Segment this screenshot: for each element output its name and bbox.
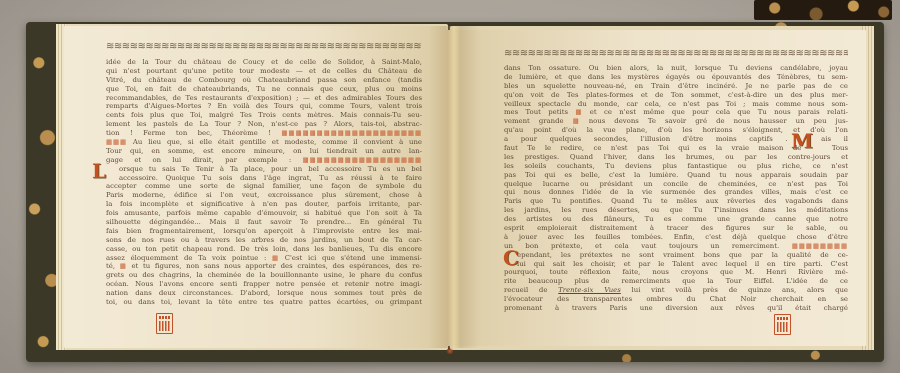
printer-seal-icon [774, 314, 791, 335]
ornament-squares-row: ▦▦▦▦▦▦▦▦▦▦▦▦▦▦▦▦▦▦▦▦ [281, 129, 422, 137]
text-segment: à jouer avec les feuilles tombées. Enfin… [504, 233, 848, 241]
text-line: recueil de Trente-six Vues lui vint voil… [504, 286, 848, 295]
text-segment: ais il [821, 135, 848, 143]
text-segment: Tour qui, en somme, est encore mineure, … [106, 147, 422, 155]
text-line: quelque lucarne ou présidant un concile … [504, 180, 848, 189]
text-segment: té, [106, 262, 120, 270]
text-line: qu'on voit de Tes plates-formes et de To… [504, 91, 848, 100]
text-line: Paris que Tu pontifies. Quand Tu te mêle… [504, 197, 848, 206]
text-line: bles un squelette nouveau-né, en Train d… [504, 82, 848, 91]
binding-mark [446, 348, 454, 354]
text-segment: a pour quelques secondes, l'illusion d'ê… [504, 135, 800, 143]
text-segment: lui qui sait les choisir, et par le Tale… [517, 260, 848, 268]
text-segment: rite beaucoup plus de remerciments que l… [504, 277, 848, 285]
text-line: rite beaucoup plus de remerciments que l… [504, 277, 848, 286]
text-segment: Tous [832, 144, 848, 152]
text-segment: grets ou des chagrins, la cheminée de la… [106, 271, 422, 279]
drop-cap-initial-L: L [92, 161, 106, 181]
initial-letter-gap [811, 149, 832, 150]
text-segment: recueil de [504, 286, 558, 294]
text-line: Paris moderne, édifice si l'on veut, exc… [106, 191, 422, 200]
text-segment: et tu figures, non sans nous apporter de… [127, 262, 422, 270]
text-segment: et ce n'est même que pour cela que Tu no… [582, 108, 848, 116]
text-segment: promenant à travers Paris une diversion … [504, 304, 848, 312]
text-line: promenant à travers Paris une diversion … [504, 304, 848, 313]
text-segment: vement grande [504, 117, 573, 125]
text-segment: la fois incomplète et significative à n'… [106, 200, 422, 208]
text-line: toi, ou dans toi, levant la tête entre t… [106, 298, 422, 307]
text-line: à jouer avec les feuilles tombées. Enfin… [504, 233, 848, 242]
text-segment: un bon prétexte, et cela vaut toujours u… [504, 242, 792, 250]
text-segment: que Toi, en fait de chateaubriands, Tu n… [106, 85, 422, 93]
text-segment: qu'on voit de Tes plates-formes et de To… [504, 91, 848, 99]
text-line: fois amusante, parfois même capable d'ém… [106, 209, 422, 218]
ornament-squares-row: ▦ [120, 262, 127, 270]
text-line: esprit emploierait distraitement à trace… [504, 224, 848, 233]
text-line: tion ! Ferme ton bec, Théorème ! ▦▦▦▦▦▦▦… [106, 129, 422, 138]
text-line: recommandables, de Tes restaurants d'exp… [106, 94, 422, 103]
text-segment: lui vint voilà près de quinze ans, alors… [621, 286, 848, 294]
text-segment: nous devons Te savoir gré de nous hausse… [580, 117, 848, 125]
text-segment: toi, ou dans toi, levant la tête entre t… [106, 298, 422, 306]
text-line: un bon prétexte, et cela vaut toujours u… [504, 242, 848, 251]
ornament-squares-row: ▦▦▦ [106, 138, 127, 146]
text-line: accessoire. Quoique Tu sois dans l'âge i… [106, 174, 422, 183]
book-cover-marbled-corner [754, 0, 892, 20]
text-line: remparts d'Aigues-Mortes ? En voilà des … [106, 102, 422, 111]
text-segment: océan. Nous l'avons encore senti frapper… [106, 280, 422, 288]
text-line: veilleux spectacle du monde, car cela, c… [504, 100, 848, 109]
text-segment: silhouette dégingandée... Mais il faut s… [106, 218, 422, 226]
text-segment: quelque lucarne ou présidant un concile … [504, 180, 848, 188]
text-segment: des artistes ou des flâneurs, Tu es comm… [504, 215, 848, 223]
text-segment: faut Te le redire, ce n'est pas Toi qui … [504, 144, 811, 152]
text-line: l'évocateur des transparentes ombres du … [504, 295, 848, 304]
text-line: qui nous donnes l'idée de la vie surmené… [504, 188, 848, 197]
right-page: ≋≋≋≋≋≋≋≋≋≋≋≋≋≋≋≋≋≋≋≋≋≋≋≋≋≋≋≋≋≋≋≋≋≋≋≋≋≋≋≋… [446, 30, 866, 346]
ornament-squares-row: ▦ [573, 117, 580, 125]
text-segment: Paris que Tu pontifies. Quand Tu te mêle… [504, 197, 848, 205]
text-segment: C'est ici que s'étend une immensi- [279, 254, 422, 262]
wave-border-ornament: ≋≋≋≋≋≋≋≋≋≋≋≋≋≋≋≋≋≋≋≋≋≋≋≋≋≋≋≋≋≋≋≋≋≋≋≋≋≋≋≋… [106, 42, 422, 54]
text-line: silhouette dégingandée... Mais il faut s… [106, 218, 422, 227]
text-line: assez éloquemment de Ta voix pointue : ▦… [106, 254, 422, 263]
text-segment: les soleils couchants, Tu deviens plus f… [504, 162, 848, 170]
text-line: lement les pastels de La Tour ? Non, n'e… [106, 120, 422, 129]
text-line: pourquoi, toute réflexion faite, nous cr… [504, 268, 848, 277]
text-segment: pas Toi qui es belle, c'est la lumière. … [504, 171, 848, 179]
text-segment: les prestiges. Quand l'hiver, dans les b… [504, 153, 848, 161]
text-line: la fois incomplète et significative à n'… [106, 200, 422, 209]
text-line: grets ou des chagrins, la cheminée de la… [106, 271, 422, 280]
text-segment: mes Tout petits [504, 108, 575, 116]
text-segment: nation dans deux circonstances. D'abord,… [106, 289, 422, 297]
underlined-title-segment: Trente-six Vues [558, 286, 621, 294]
text-line: Vitré, du château de Combourg où Chateau… [106, 76, 422, 85]
photo-background: ≋≋≋≋≋≋≋≋≋≋≋≋≋≋≋≋≋≋≋≋≋≋≋≋≋≋≋≋≋≋≋≋≋≋≋≋≋≋≋≋… [0, 0, 900, 373]
text-line: lui qui sait les choisir, et par le Tale… [504, 260, 848, 269]
text-segment: Au lieu que, si elle était gentille et m… [127, 138, 422, 146]
text-line: ▦▦▦ Au lieu que, si elle était gentille … [106, 138, 422, 147]
left-page-text: idée de la Tour du château de Coucy et d… [106, 58, 422, 307]
text-segment: tion ! Ferme ton bec, Théorème ! [106, 129, 281, 137]
text-line: Tour qui, en somme, est encore mineure, … [106, 147, 422, 156]
text-segment: orsque tu sais Te Tenir à Ta place, pour… [119, 165, 422, 173]
text-segment: recommandables, de Tes restaurants d'exp… [106, 94, 422, 102]
text-line: fais bien fragmentairement, lorsqu'on ap… [106, 227, 422, 236]
text-segment: bles un squelette nouveau-né, en Train d… [504, 82, 848, 90]
text-segment: de lumière, et que dans les mystères éga… [504, 73, 848, 81]
text-line: cents fois plus que Toi, malgré Tes Troi… [106, 111, 422, 120]
text-line: casse, ou ton petit chapeau rond. De trè… [106, 245, 422, 254]
text-line: pas Toi qui es belle, c'est la lumière. … [504, 171, 848, 180]
text-line: océan. Nous l'avons encore senti frapper… [106, 280, 422, 289]
left-page: ≋≋≋≋≋≋≋≋≋≋≋≋≋≋≋≋≋≋≋≋≋≋≋≋≋≋≋≋≋≋≋≋≋≋≋≋≋≋≋≋… [64, 26, 446, 348]
text-line: des artistes ou des flâneurs, Tu es comm… [504, 215, 848, 224]
text-segment: casse, ou ton petit chapeau rond. De trè… [106, 245, 422, 253]
text-segment: fois amusante, parfois même capable d'ém… [106, 209, 422, 217]
text-segment: accessoire. Quoique Tu sois dans l'âge i… [119, 174, 422, 182]
text-segment: remparts d'Aigues-Mortes ? En voilà des … [106, 102, 422, 110]
text-line: mes Tout petits ▦ et ce n'est même que p… [504, 108, 848, 117]
text-segment: qui n'est pourtant qu'une petite tour mo… [106, 67, 422, 75]
text-segment: cents fois plus que Toi, malgré Tes Troi… [106, 111, 422, 119]
text-line: de lumière, et que dans les mystères éga… [504, 73, 848, 82]
text-segment: les jardins, les rues désertes, ou que T… [504, 206, 848, 214]
text-line: que Toi, en fait de chateaubriands, Tu n… [106, 85, 422, 94]
text-segment: gage et on lui dirait, par exemple : [106, 156, 302, 164]
wave-border-ornament: ≋≋≋≋≋≋≋≋≋≋≋≋≋≋≋≋≋≋≋≋≋≋≋≋≋≋≋≋≋≋≋≋≋≋≋≋≋≋≋≋… [504, 49, 848, 61]
text-line: ependant, les prétextes ne sont vraiment… [504, 251, 848, 260]
text-segment: qui nous donnes l'idée de la vie surmené… [504, 188, 848, 196]
drop-cap-initial-C: C [503, 248, 519, 268]
text-segment: Paris moderne, édifice si l'on veut, exc… [106, 191, 422, 199]
printer-seal-icon [156, 313, 173, 334]
text-line: les prestiges. Quand l'hiver, dans les b… [504, 153, 848, 162]
text-line: té, ▦ et tu figures, non sans nous appor… [106, 262, 422, 271]
text-segment: accepter comme une sorte de signal famil… [106, 182, 422, 190]
text-line: les soleils couchants, Tu deviens plus f… [504, 162, 848, 171]
right-page-text: dans Ton ossature. Ou bien alors, la nui… [504, 64, 848, 313]
text-line: dans Ton ossature. Ou bien alors, la nui… [504, 64, 848, 73]
text-line: idée de la Tour du château de Coucy et d… [106, 58, 422, 67]
text-segment: Vitré, du château de Combourg où Chateau… [106, 76, 422, 84]
text-segment: lement les pastels de La Tour ? Non, n'e… [106, 120, 422, 128]
text-line: accepter comme une sorte de signal famil… [106, 182, 422, 191]
text-segment: idée de la Tour du château de Coucy et d… [106, 58, 422, 66]
text-line: nation dans deux circonstances. D'abord,… [106, 289, 422, 298]
text-segment: dans Ton ossature. Ou bien alors, la nui… [504, 64, 848, 72]
inline-initial-M: M [791, 131, 813, 151]
text-line: vement grande ▦ nous devons Te savoir gr… [504, 117, 848, 126]
text-line: gage et on lui dirait, par exemple : ▦▦▦… [106, 156, 422, 165]
ornament-squares-row: ▦▦▦▦▦▦▦▦ [792, 242, 848, 250]
text-line: sons de nos rues ou à travers les arbres… [106, 236, 422, 245]
text-segment: pourquoi, toute réflexion faite, nous cr… [504, 268, 848, 276]
text-segment: assez éloquemment de Ta voix pointue : [106, 254, 272, 262]
ornament-squares-row: ▦▦▦▦▦▦▦▦▦▦▦▦▦▦▦▦▦ [302, 156, 422, 164]
text-segment: l'évocateur des transparentes ombres du … [504, 295, 848, 303]
text-line: les jardins, les rues désertes, ou que T… [504, 206, 848, 215]
text-segment: veilleux spectacle du monde, car cela, c… [504, 100, 848, 108]
text-segment: sons de nos rues ou à travers les arbres… [106, 236, 422, 244]
text-line: orsque tu sais Te Tenir à Ta place, pour… [106, 165, 422, 174]
text-segment: ependant, les prétextes ne sont vraiment… [517, 251, 848, 259]
text-segment: fais bien fragmentairement, lorsqu'on ap… [106, 227, 422, 235]
text-line: qui n'est pourtant qu'une petite tour mo… [106, 67, 422, 76]
text-segment: esprit emploierait distraitement à trace… [504, 224, 848, 232]
